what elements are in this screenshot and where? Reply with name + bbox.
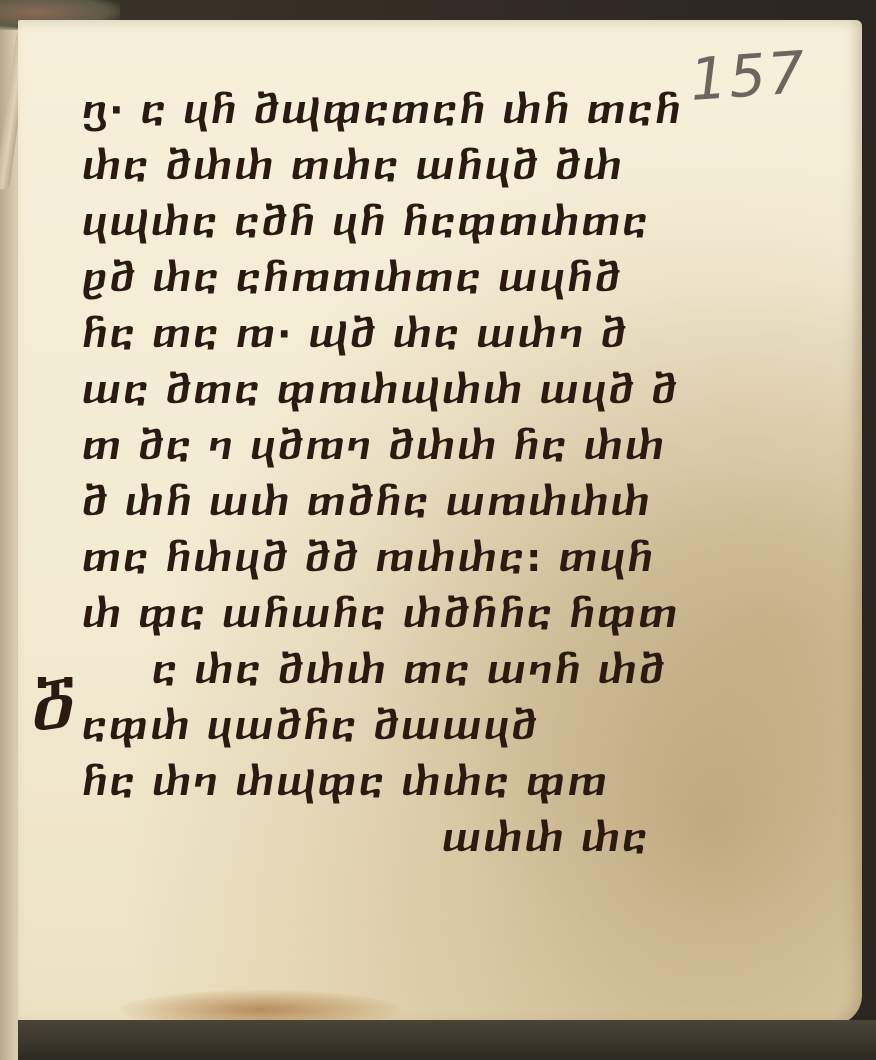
text-line: ⴐ ⴔⴀ ⴍⴌⴍⴌⴀ ⴐⴋⴌⴌⴀ ⴌⴔⴇ	[82, 586, 702, 642]
text-line: ⴒⴋ ⴐⴀ ⴀⴌⴊⴇⴐⴇⴀ ⴍⴗⴌⴋ	[82, 250, 702, 306]
text-line: ⴇ ⴋⴀ ⴈ ⴗⴋⴊⴈ ⴋⴐⴐ ⴌⴀ ⴐⴐ	[82, 418, 702, 474]
text-line: ⴗⴓⴐⴀ ⴀⴋⴌ ⴗⴌ ⴌⴀⴔⴇⴐⴇⴀ	[82, 194, 702, 250]
text-line: ⴀⴔⴐ ⴗⴍⴋⴌⴀ ⴋⴍⴍⴗⴋ	[82, 698, 702, 754]
folio-number: 157	[688, 38, 809, 114]
decorated-initial: ⴃ	[30, 664, 76, 747]
text-line: ⴂ· ⴀ ⴗⴌ ⴋⴓⴔⴀⴇⴀⴌ ⴐⴌ ⴇⴀⴌ	[82, 82, 702, 138]
text-line: ⴍⴀ ⴋⴇⴀ ⴔⴊⴐⴓⴐⴐ ⴍⴗⴋ ⴋ	[82, 362, 702, 418]
text-line: ⴐⴀ ⴋⴐⴐ ⴇⴐⴀ ⴍⴌⴗⴋ ⴋⴐ	[82, 138, 702, 194]
manuscript-text: ⴂ· ⴀ ⴗⴌ ⴋⴓⴔⴀⴇⴀⴌ ⴐⴌ ⴇⴀⴌ ⴐⴀ ⴋⴐⴐ ⴇⴐⴀ ⴍⴌⴗⴋ ⴋ…	[82, 82, 702, 866]
text-line: ⴌⴀ ⴐⴈ ⴐⴓⴔⴀ ⴐⴐⴀ ⴔⴊ	[82, 754, 702, 810]
text-line: ⴍⴐⴐ ⴐⴀ	[82, 810, 702, 866]
text-line: ⴇⴀ ⴌⴐⴗⴋ ⴋⴋ ⴊⴐⴐⴀ: ⴇⴗⴌ	[82, 530, 702, 586]
text-line: ⴌⴀ ⴇⴀ ⴊ· ⴓⴋ ⴐⴀ ⴍⴐⴈ ⴋ	[82, 306, 702, 362]
text-line: ⴋ ⴐⴌ ⴍⴐ ⴇⴋⴌⴀ ⴍⴊⴐⴐⴐ	[82, 474, 702, 530]
text-line: ⴀ ⴐⴀ ⴋⴐⴐ ⴇⴀ ⴍⴈⴌ ⴐⴋ	[82, 642, 702, 698]
page-bottom-edge	[18, 1020, 876, 1060]
